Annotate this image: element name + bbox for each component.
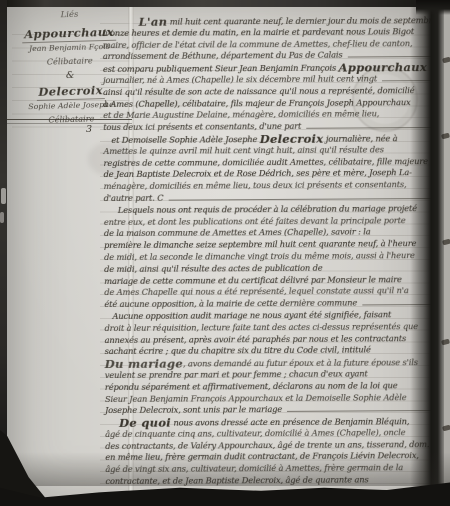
register-page-photo: Liés Appourchaux Jean Benjamin Fçois Cél… [0,0,450,506]
manuscript-line: des contractants, de Valéry Appourchaux,… [105,439,439,453]
manuscript-line: de midi, ainsi qu'il résulte des actes d… [104,262,438,276]
photo-bottom-shadow [0,452,450,486]
manuscript-text: été aucune opposition, à la mairie de ce… [104,298,357,311]
manuscript-text: mil huit cent quarante neuf, le dernier … [167,15,437,28]
manuscript-text: d'autre part. C [104,193,164,205]
manuscript-text: veulent se prendre par mari et pour femm… [105,368,368,381]
book-gutter-shadow [410,0,444,506]
photo-border-top [0,0,450,7]
manuscript-text: de midi, ainsi qu'il résulte des actes d… [104,262,322,275]
manuscript-text: ainsi qu'il résulte de son acte de naiss… [103,85,414,99]
manuscript-text: de la maison commune de Amettes et Ames … [104,227,371,240]
manuscript-text: L'an [139,17,168,29]
manuscript-line: annexés au présent, après avoir été para… [105,332,439,346]
act-number: 3 [86,124,92,135]
manuscript-line: L'an mil huit cent quarante neuf, le der… [139,14,437,28]
page-edge-highlight [0,212,4,223]
manuscript-lines: L'an mil huit cent quarante neuf, le der… [103,14,440,488]
manuscript-line: de la maison commune de Amettes et Ames … [104,226,438,240]
manuscript-line: registres de cette commune, domiciliée a… [103,156,437,170]
manuscript-text: annexés au présent, après avoir été para… [105,333,407,347]
flourish-rule [168,198,434,201]
manuscript-line: été aucune opposition, à la mairie de ce… [104,297,438,311]
manuscript-line: d'autre part. C [104,191,438,205]
manuscript-line: ainsi qu'il résulte de son acte de naiss… [103,85,437,99]
manuscript-text: des contractants, de Valéry Appourchaux,… [105,439,429,453]
manuscript-text: arrondissement de Béthune, département d… [103,50,343,63]
page-edge-highlight [1,188,6,204]
photo-corner-top-right [416,0,450,15]
manuscript-line: veulent se prendre par mari et pour femm… [105,368,439,382]
photo-border-left [0,0,7,506]
manuscript-text: registres de cette commune, domiciliée a… [103,156,427,170]
